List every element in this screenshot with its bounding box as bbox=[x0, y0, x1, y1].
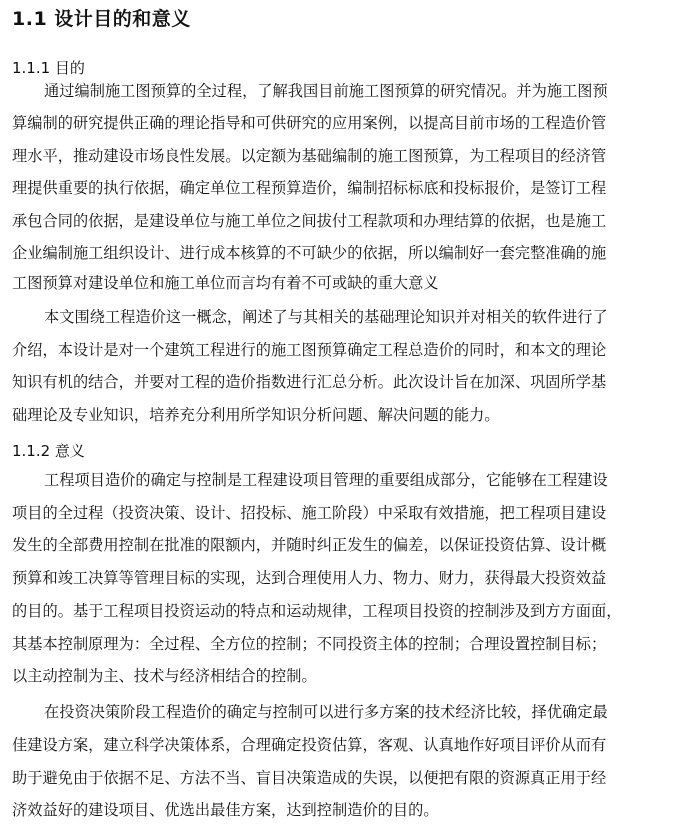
text-line: 工程项目造价的确定与控制是工程建设项目管理的重要组成部分，它能够在工程建设 bbox=[44, 470, 672, 490]
text-line: 企业编制施工组织设计、进行成本核算的不可缺少的依据，所以编制好一套完整准确的施 bbox=[12, 243, 672, 263]
text-line: 通过编制施工图预算的全过程，了解我国目前施工图预算的研究情况。并为施工图预 bbox=[44, 81, 672, 101]
text-line: 知识有机的结合，并要对工程的造价指数进行汇总分析。此次设计旨在加深、巩固所学基 bbox=[12, 372, 672, 392]
subsection-title-purpose: 1.1.1 目的 bbox=[12, 57, 85, 78]
text-line: 以主动控制为主、技术与经济相结合的控制。 bbox=[12, 666, 672, 686]
document-page: 1.1 设计目的和意义 1.1.1 目的 通过编制施工图预算的全过程，了解我国目… bbox=[0, 0, 681, 834]
text-line: 济效益好的建设项目、优选出最佳方案，达到控制造价的目的。 bbox=[12, 800, 672, 820]
text-line: 算编制的研究提供正确的理论指导和可供研究的应用案例，以提高目前市场的工程造价管 bbox=[12, 113, 672, 133]
text-line: 在投资决策阶段工程造价的确定与控制可以进行多方案的技术经济比较，择优确定最 bbox=[44, 702, 672, 722]
text-line: 础理论及专业知识，培养充分利用所学知识分析问题、解决问题的能力。 bbox=[12, 405, 672, 425]
text-line: 发生的全部费用控制在批准的限额内，并随时纠正发生的偏差，以保证投资估算、设计概 bbox=[12, 535, 672, 555]
text-line: 项目的全过程（投资决策、设计、招投标、施工阶段）中采取有效措施，把工程项目建设 bbox=[12, 503, 672, 523]
text-line: 工图预算对建设单位和施工单位而言均有着不可或缺的重大意义 bbox=[12, 273, 672, 293]
text-line: 的目的。基于工程项目投资运动的特点和运动规律，工程项目投资的控制涉及到方方面面， bbox=[12, 601, 672, 621]
text-line: 介绍，本设计是对一个建筑工程进行的施工图预算确定工程总造价的同时，和本文的理论 bbox=[12, 340, 672, 360]
section-heading: 1.1 设计目的和意义 bbox=[12, 4, 191, 31]
text-line: 预算和竣工决算等管理目标的实现，达到合理使用人力、物力、财力，获得最大投资效益 bbox=[12, 568, 672, 588]
text-line: 其基本控制原理为：全过程、全方位的控制；不同投资主体的控制；合理设置控制目标； bbox=[12, 634, 672, 654]
text-line: 承包合同的依据，是建设单位与施工单位之间拔付工程款项和办理结算的依据，也是施工 bbox=[12, 211, 672, 231]
text-line: 助于避免由于依据不足、方法不当、盲目决策造成的失误，以便把有限的资源真正用于经 bbox=[12, 768, 672, 788]
text-line: 理提供重要的执行依据，确定单位工程预算造价，编制招标标底和投标报价，是签订工程 bbox=[12, 178, 672, 198]
text-line: 佳建设方案，建立科学决策体系，合理确定投资估算，客观、认真地作好项目评价从而有 bbox=[12, 735, 672, 755]
text-line: 本文围绕工程造价这一概念，阐述了与其相关的基础理论知识并对相关的软件进行了 bbox=[44, 307, 672, 327]
text-line: 理水平，推动建设市场良性发展。以定额为基础编制的施工图预算，为工程项目的经济管 bbox=[12, 146, 672, 166]
subsection-title-significance: 1.1.2 意义 bbox=[12, 440, 85, 461]
